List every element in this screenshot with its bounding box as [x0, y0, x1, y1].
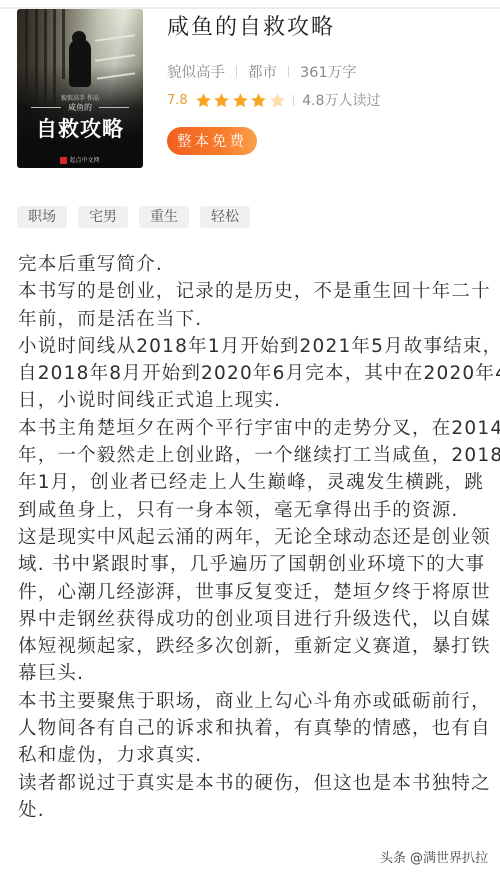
cover-title: 自救攻略 — [17, 113, 143, 143]
tag-item[interactable]: 职场 — [17, 206, 67, 228]
description-line: 年，一个毅然走上创业路，一个继续打工当咸鱼，2018 — [18, 442, 488, 469]
meta-divider — [236, 66, 237, 77]
description-line: 年1月，创业者已经走上人生巅峰，灵魂发生横跳，跳 — [18, 469, 488, 496]
description-line: 件，心潮几经澎湃，世事反复变迁，楚垣夕终于将原世 — [18, 579, 488, 606]
star-filled-icon — [232, 92, 249, 109]
description-line: 自2018年8月开始到2020年6月完本，其中在2020年4月1 — [18, 360, 488, 387]
publisher-logo-icon — [60, 157, 67, 164]
meta-divider — [288, 66, 289, 77]
star-empty-icon — [269, 92, 286, 109]
star-filled-icon — [250, 92, 267, 109]
rating-row: 7.8 4.8万人读过 — [167, 89, 380, 111]
cover-publisher-name: 起点中文网 — [69, 157, 99, 164]
book-meta: 貌似高手 都市 361万字 — [167, 61, 357, 82]
description-line: 处. — [18, 797, 488, 824]
tag-item[interactable]: 重生 — [139, 206, 189, 228]
description-line: 私和虚伪，力求真实. — [18, 742, 488, 769]
author-link[interactable]: 貌似高手 — [167, 61, 225, 82]
book-cover[interactable]: 貌似高手 作品 咸鱼的 自救攻略 起点中文网 — [17, 9, 143, 168]
description-line: 到咸鱼身上，只有一身本领，毫无拿得出手的资源. — [18, 497, 488, 524]
description-line: 本书主要聚焦于职场，商业上勾心斗角亦或砥砺前行， — [18, 688, 488, 715]
free-read-button[interactable]: 整本免费 — [167, 127, 257, 155]
description-line: 读者都说过于真实是本书的硬伤，但这也是本书独特之 — [18, 770, 488, 797]
rating-divider — [293, 95, 294, 106]
description-line: 年前，而是活在当下. — [18, 306, 488, 333]
book-title: 咸鱼的自救攻略 — [167, 10, 335, 41]
star-filled-icon — [213, 92, 230, 109]
book-description: 完本后重写简介. 本书写的是创业，记录的是历史，不是重生回十年二十 年前，而是活… — [18, 251, 488, 824]
tag-list: 职场 宅男 重生 轻松 — [17, 206, 261, 228]
cover-publisher: 起点中文网 — [17, 155, 143, 164]
reader-count: 4.8万人读过 — [302, 90, 380, 110]
rating-score: 7.8 — [167, 93, 188, 108]
cover-author-line: 貌似高手 作品 — [17, 93, 143, 102]
description-line: 体短视频起家，跌经多次创新，重新定义赛道，暴打铁 — [18, 633, 488, 660]
word-count: 361万字 — [300, 61, 357, 82]
description-line: 小说时间线从2018年1月开始到2021年5月故事结束，连载 — [18, 333, 488, 360]
description-line: 幕巨头. — [18, 660, 488, 687]
description-line: 本书主角楚垣夕在两个平行宇宙中的走势分叉，在2014 — [18, 415, 488, 442]
description-line: 界中走钢丝获得成功的创业项目进行升级迭代，以自媒 — [18, 606, 488, 633]
description-line: 本书写的是创业，记录的是历史，不是重生回十年二十 — [18, 278, 488, 305]
description-line: 域. 书中紧跟时事，几乎遍历了国朝创业环境下的大事 — [18, 551, 488, 578]
description-line: 这是现实中风起云涌的两年，无论全球动态还是创业领 — [18, 524, 488, 551]
category-link[interactable]: 都市 — [248, 61, 277, 82]
description-line: 人物间各有自己的诉求和执着，有真挚的情感，也有自 — [18, 715, 488, 742]
rating-stars — [195, 92, 288, 109]
description-line: 日，小说时间线正式追上现实. — [18, 387, 488, 414]
tag-item[interactable]: 轻松 — [200, 206, 250, 228]
description-line: 完本后重写简介. — [18, 251, 488, 278]
source-watermark: 头条 @满世界扒拉 — [380, 847, 488, 866]
star-filled-icon — [195, 92, 212, 109]
tag-item[interactable]: 宅男 — [78, 206, 128, 228]
cover-subtitle: 咸鱼的 — [17, 102, 143, 113]
